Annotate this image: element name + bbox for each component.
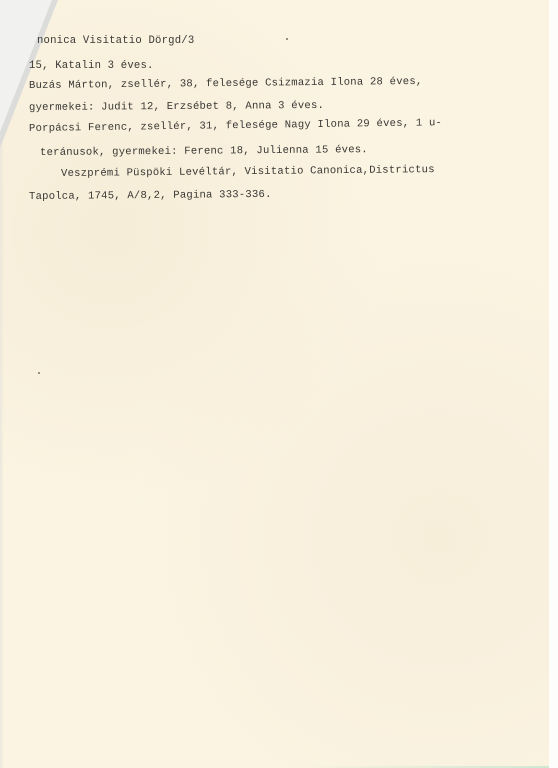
text-line-title: nonica Visitatio Dörgd/3 xyxy=(37,35,194,47)
paper-speck xyxy=(38,372,40,374)
text-line-citation: Tapolca, 1745, A/8,2, Pagina 333-336. xyxy=(29,189,272,203)
scanned-page xyxy=(0,0,549,768)
text-line: 15, Katalin 3 éves. xyxy=(29,60,154,72)
paper-speck xyxy=(286,38,288,40)
text-line: gyermekei: Judit 12, Erzsébet 8, Anna 3 … xyxy=(29,100,324,114)
scan-margin-strip xyxy=(549,0,558,768)
